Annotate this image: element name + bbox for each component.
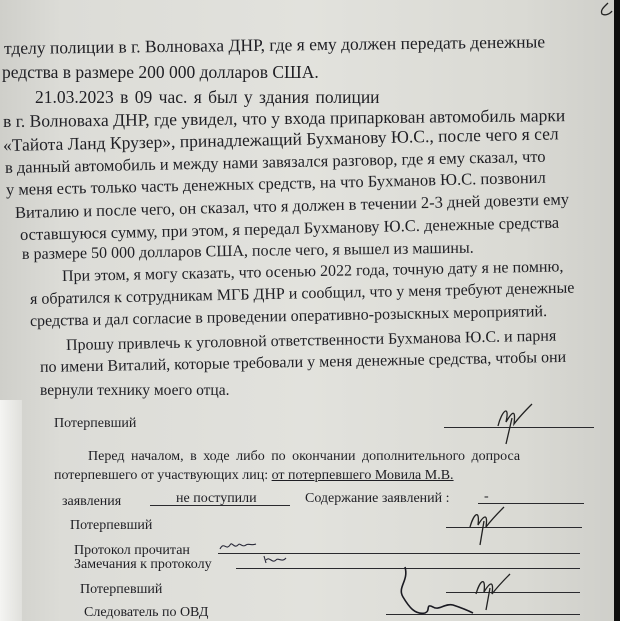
content-label: Содержание заявлений : bbox=[305, 489, 450, 509]
handwritten-personally-icon bbox=[218, 539, 258, 553]
body-line-2: редства в размере 200 000 долларов США. bbox=[2, 62, 319, 82]
pre-text-line-2: потерпевшего от участвующих лиц: от поте… bbox=[54, 466, 454, 486]
body-line-3: 21.03.2023 в 09 час. я был у здания поли… bbox=[35, 87, 380, 107]
victim-label-2: Потерпевший bbox=[70, 516, 152, 536]
body-line-16: вернули технику моего отца. bbox=[40, 381, 229, 401]
page-edge-glare bbox=[0, 400, 22, 621]
statements-label: заявления bbox=[62, 492, 121, 512]
statements-underline bbox=[150, 505, 290, 506]
victim-signature-icon bbox=[492, 396, 540, 448]
signature-fragment-icon bbox=[598, 2, 614, 16]
victim-signature-icon bbox=[470, 570, 514, 614]
document-page: тделу полиции в г. Волноваха ДНР, где я … bbox=[0, 0, 614, 621]
investigator-signature-icon bbox=[395, 565, 475, 621]
investigator-label: Следователь по ОВД bbox=[84, 603, 208, 621]
body-line-1: тделу полиции в г. Волноваха ДНР, где я … bbox=[4, 31, 545, 58]
pre-text-prefix: потерпевшего от участвующих лиц: bbox=[54, 468, 268, 483]
victim-label-3: Потерпевший bbox=[80, 580, 162, 600]
photo-right-border bbox=[614, 0, 620, 621]
remarks-label: Замечания к протоколу bbox=[74, 555, 212, 575]
participants-value: от потерпевшего Мовила М.В. bbox=[272, 468, 454, 483]
victim-signature-icon bbox=[464, 503, 510, 547]
pre-text-line-1: Перед началом, в ходе либо по окончании … bbox=[88, 447, 520, 467]
victim-label-1: Потерпевший bbox=[54, 414, 136, 434]
statements-value: не поступили bbox=[176, 489, 257, 509]
handwritten-none-icon bbox=[262, 554, 290, 566]
